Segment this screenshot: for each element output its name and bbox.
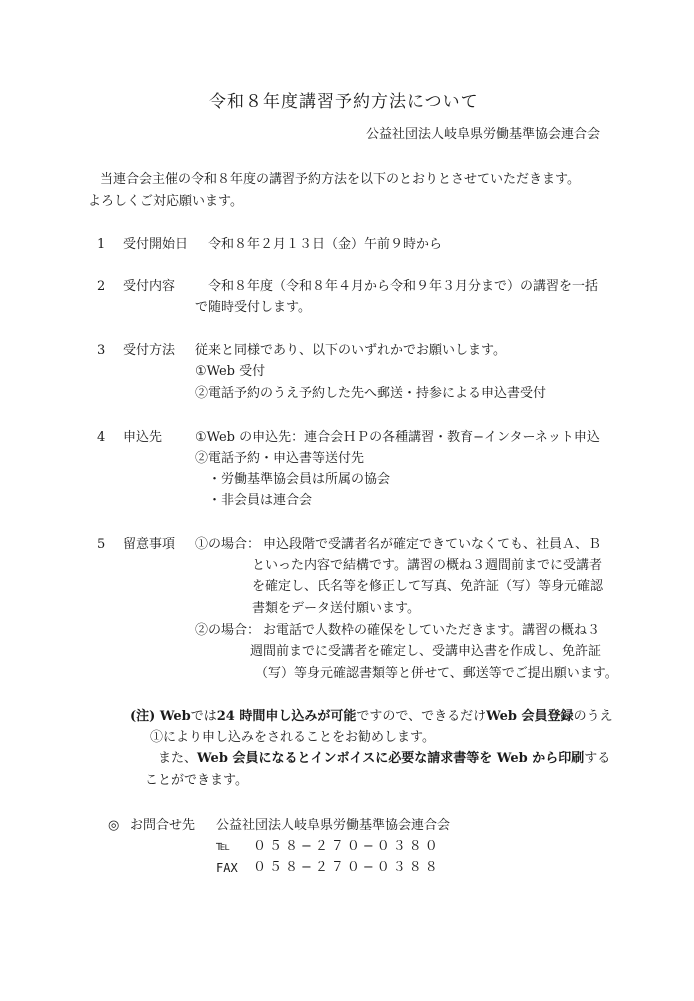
- item-label: 申込先: [123, 430, 162, 446]
- item-text: 令和８年度（令和８年４月から令和９年３月分まで）の講習を一括: [208, 279, 598, 295]
- case-1-text: 書類をデータ送付願います。: [252, 601, 420, 617]
- item-number: 1: [97, 237, 105, 253]
- note-line-4: ことができます。: [145, 773, 248, 789]
- case-2-text: 週間前までに受講者を確定し、受講申込書を作成し、免許証: [250, 644, 601, 660]
- item-number: 4: [97, 430, 105, 446]
- case-2-heading: ②の場合：: [195, 623, 260, 639]
- note-emphasis: Web 会員になるとインボイスに必要な請求書等を Web から印刷: [197, 751, 584, 766]
- fax-number: ０５８−２７０−０３８８: [253, 860, 441, 876]
- fax-label: FAX: [216, 860, 238, 876]
- item-label: 受付内容: [123, 279, 175, 295]
- item-label: 受付開始日: [123, 237, 188, 253]
- item-text: で随時受付します。: [195, 300, 311, 316]
- item-text: ①Web 受付: [195, 364, 265, 380]
- document-title: 令和８年度講習予約方法について: [209, 91, 479, 113]
- note-emphasis: (注) Web: [130, 709, 191, 724]
- case-1-text: 申込段階で受講者名が確定できていなくても、社員Ａ、Ｂ: [263, 537, 601, 553]
- intro-line-2: よろしくご対応願います。: [88, 194, 243, 210]
- phone-icon: ℡: [216, 839, 230, 855]
- item-label: 受付方法: [123, 343, 175, 359]
- note-line-1: (注) Webでは24 時間申し込みが可能ですので、できるだけWeb 会員登録の…: [130, 709, 613, 725]
- item-text: 令和８年２月１３日（金）午前９時から: [208, 237, 442, 253]
- note-line-3: また、Web 会員になるとインボイスに必要な請求書等を Web から印刷する: [158, 751, 610, 767]
- item-number: 5: [97, 537, 105, 553]
- note-line-2: ①により申し込みをされることをお勧めします。: [150, 730, 435, 746]
- item-text: ・労働基準協会員は所属の協会: [208, 472, 390, 488]
- issuer: 公益社団法人岐阜県労働基準協会連合会: [366, 127, 600, 143]
- tel-number: ０５８−２７０−０３８０: [253, 839, 441, 855]
- case-1-text: を確定し、氏名等を修正して写真、免許証（写）等身元確認: [252, 579, 603, 595]
- item-label: 留意事項: [123, 537, 175, 553]
- item-text: ・非会員は連合会: [208, 493, 312, 509]
- item-number: 2: [97, 279, 105, 295]
- case-1-heading: ①の場合：: [195, 537, 260, 553]
- double-circle-icon: ◎: [108, 818, 119, 834]
- contact-org: 公益社団法人岐阜県労働基準協会連合会: [216, 818, 450, 834]
- item-text: ①Web の申込先：連合会ＨＰの各種講習・教育−インターネット申込: [195, 430, 600, 446]
- contact-label: お問合せ先: [130, 818, 195, 834]
- item-text: ②電話予約のうえ予約した先へ郵送・持参による申込書受付: [195, 386, 546, 402]
- case-1-text: といった内容で結構です。講習の概ね３週間前までに受講者: [252, 558, 602, 574]
- note-emphasis: 24 時間申し込みが可能: [217, 709, 357, 724]
- note-emphasis: Web 会員登録: [486, 709, 573, 724]
- item-text: 従来と同様であり、以下のいずれかでお願いします。: [195, 343, 506, 359]
- case-2-text: お電話で人数枠の確保をしていただきます。講習の概ね３: [263, 623, 600, 639]
- item-number: 3: [97, 343, 105, 359]
- item-text: ②電話予約・申込書等送付先: [195, 451, 364, 467]
- intro-line-1: 当連合会主催の令和８年度の講習予約方法を以下のとおりとさせていただきます。: [100, 172, 580, 188]
- case-2-text: （写）等身元確認書類等と併せて、郵送等でご提出願います。: [255, 666, 618, 682]
